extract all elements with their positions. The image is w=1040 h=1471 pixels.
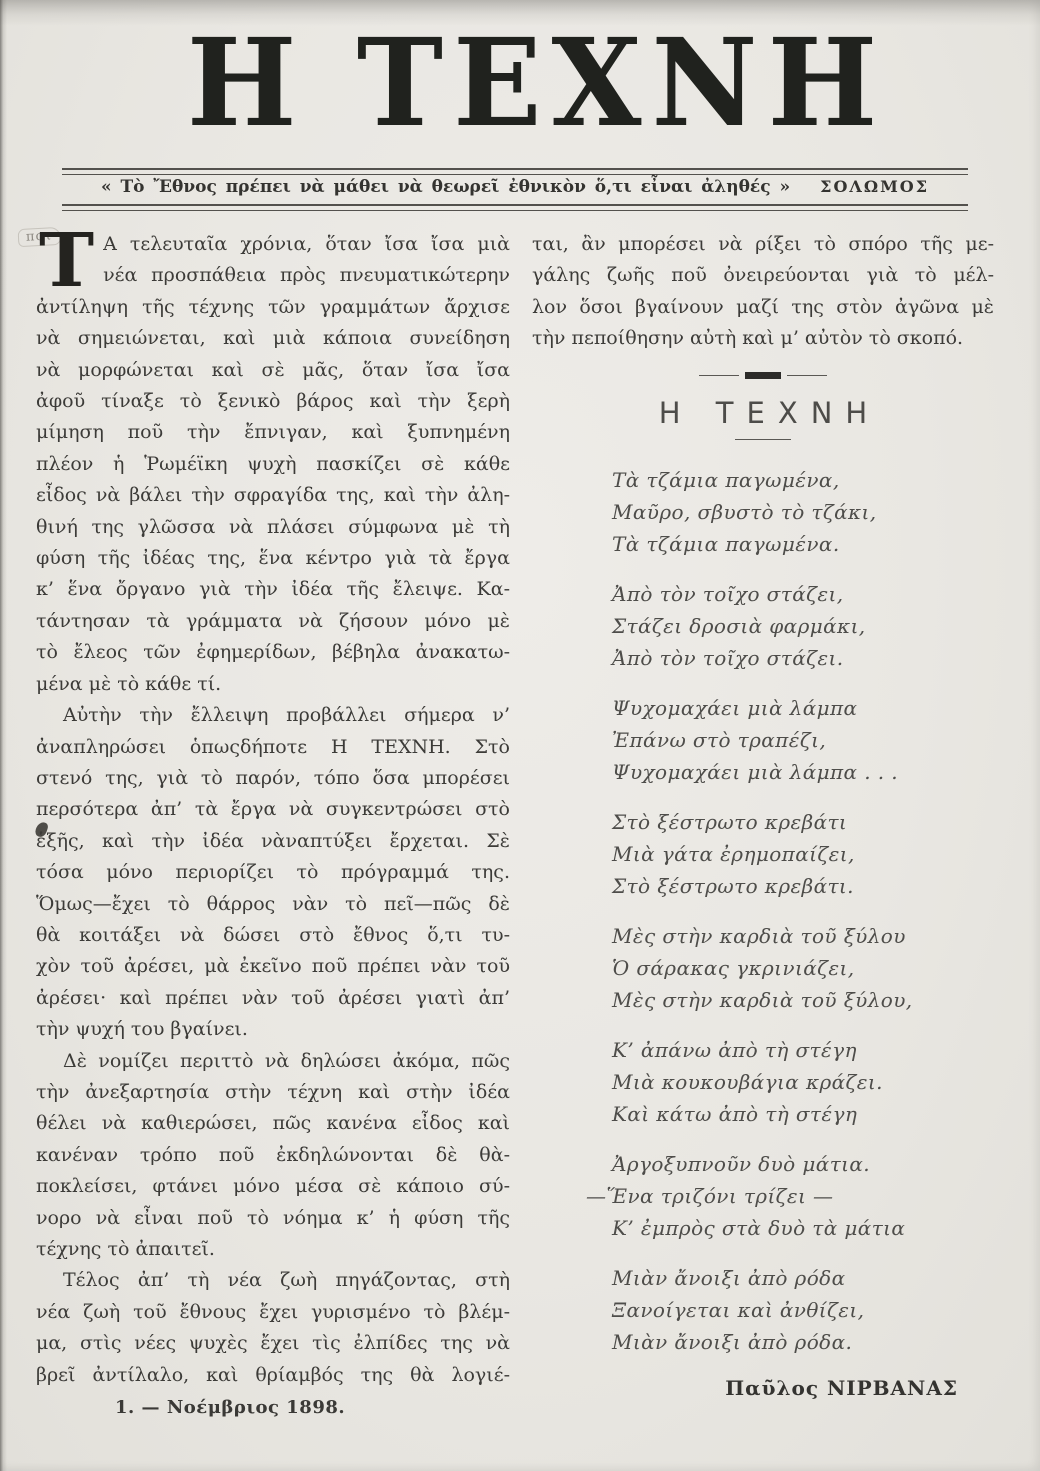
article-line: μίμηση ποῦ τὴν ἔπνιγαν, καὶ ξυπνημένη bbox=[36, 417, 510, 448]
poem-line: Στάζει δροσιὰ φαρμάκι, bbox=[612, 610, 994, 642]
article-line: τὸ ἔλεος τῶν ἐφημερίδων, βέβηλα ἀνακατω- bbox=[36, 637, 510, 668]
poem-line: Καὶ κάτω ἀπὸ τὴ στέγη bbox=[612, 1098, 994, 1130]
article-line: λον ὅσοι βγαίνουν μαζί της στὸν ἀγῶνα μὲ bbox=[532, 292, 994, 323]
article-line: χὸν τοῦ ἀρέσει, μὰ ἐκεῖνο ποῦ πρέπει νὰν… bbox=[36, 951, 510, 982]
motto-row: « Τὸ Ἔθνος πρέπει νὰ μάθει νὰ θεωρεῖ ἐθν… bbox=[62, 175, 968, 199]
poem-stanza: Ἀργοξυπνοῦν δυὸ μάτια. —Ἕνα τριζόνι τρίζ… bbox=[612, 1148, 994, 1244]
article-line: ποκλείσει, φτάνει μόνο μέσα σὲ κάποιο σύ… bbox=[36, 1171, 510, 1202]
poem-line: Μιὰν ἄνοιξι ἀπὸ ρόδα bbox=[612, 1262, 994, 1294]
magazine-page: Η ΤΕΧΝΗ « Τὸ Ἔθνος πρέπει νὰ μάθει νὰ θε… bbox=[0, 0, 1040, 1471]
poem-line: Μὲς στὴν καρδιὰ τοῦ ξύλου, bbox=[612, 984, 994, 1016]
divider-dash bbox=[745, 372, 781, 379]
poem-stanza: Μιὰν ἄνοιξι ἀπὸ ρόδα Ξανοίγεται καὶ ἀνθί… bbox=[612, 1262, 994, 1358]
article-line: Ὅμως—ἔχει τὸ θάρρος νὰν τὸ πεῖ—πῶς δὲ bbox=[36, 889, 510, 920]
article-line: φύση τῆς ἰδέας της, ἕνα κέντρο γιὰ τὰ ἔρ… bbox=[36, 543, 510, 574]
divider-line bbox=[699, 375, 739, 376]
article-line: στενό της, γιὰ τὸ παρόν, τόπο ὅσα μπορέσ… bbox=[36, 763, 510, 794]
motto-author: ΣΟΛΩΜΟΣ bbox=[820, 177, 929, 196]
poem-stanza: Στὸ ξέστρωτο κρεβάτι Μιὰ γάτα ἐρημοπαίζε… bbox=[612, 806, 994, 902]
poem-line: Τὰ τζάμια παγωμένα, bbox=[612, 464, 994, 496]
article-paragraph: Αὐτὴν τὴν ἔλλειψη προβάλλει σήμερα ν’ ἀν… bbox=[36, 700, 510, 1045]
poem-stanza: Κ’ ἀπάνω ἀπὸ τὴ στέγη Μιὰ κουκουβάγια κρ… bbox=[612, 1034, 994, 1130]
article-line: ἀντίληψη τῆς τέχνης τῶν γραμμάτων ἄρχισε bbox=[36, 292, 510, 323]
article-line: νὰ μορφώνεται καὶ σὲ μᾶς, ὅταν ἴσα ἴσα bbox=[36, 355, 510, 386]
article-line: εἶδος νὰ βάλει τὴν σφραγίδα της, καὶ τὴν… bbox=[36, 480, 510, 511]
article-line: νορο νὰ εἶναι ποῦ τὸ νόημα κ’ ἡ φύση τῆς bbox=[36, 1203, 510, 1234]
poem-line: Μιὰ κουκουβάγια κράζει. bbox=[612, 1066, 994, 1098]
article-line: θινή της γλῶσσα νὰ πλάσει σύμφωνα μὲ τὴ bbox=[36, 512, 510, 543]
article-line: τόσα μόνο περιορίζει τὸ πρόγραμμά της. bbox=[36, 857, 510, 888]
article-paragraph: Τ Α τελευταῖα χρόνια, ὅταν ἴσα ἴσα μιὰ ν… bbox=[36, 229, 510, 700]
divider-line bbox=[787, 375, 827, 376]
article-line: Α τελευταῖα χρόνια, ὅταν ἴσα ἴσα μιὰ bbox=[36, 229, 510, 260]
poem-line: —Ἕνα τριζόνι τρίζει — bbox=[586, 1180, 994, 1212]
article-line: τὴν ἀνεξαρτησία στὴν τέχνη καὶ στὴν ἰδέα bbox=[36, 1077, 510, 1108]
poem-line: Μαῦρο, σβυστὸ τὸ τζάκι, bbox=[612, 496, 994, 528]
poem-line: Κ’ ἐμπρὸς στὰ δυὸ τὰ μάτια bbox=[612, 1212, 994, 1244]
article-paragraph: Δὲ νομίζει περιττὸ νὰ δηλώσει ἀκόμα, πῶς… bbox=[36, 1046, 510, 1266]
article-line: κανέναν τρόπο ποῦ ἐκδηλώνονται δὲ θὰ- bbox=[36, 1140, 510, 1171]
issue-date-footer: 1. — Νοέμβριος 1898. bbox=[115, 1397, 345, 1418]
article-line: Τέλος ἀπ’ τὴ νέα ζωὴ πηγάζοντας, στὴ bbox=[36, 1265, 510, 1296]
article-line: ἀφοῦ τίναξε τὸ ξενικὸ βάρος καὶ τὴν ξερὴ bbox=[36, 386, 510, 417]
poem-line: Μιὰν ἄνοιξι ἀπὸ ρόδα. bbox=[612, 1326, 994, 1358]
article-line: τὴν ψυχή του βγαίνει. bbox=[36, 1014, 510, 1045]
double-rule-top bbox=[62, 168, 968, 175]
double-rule-bottom bbox=[62, 204, 968, 211]
article-line: θέλει νὰ καθιερώσει, πῶς κανένα εἶδος κα… bbox=[36, 1108, 510, 1139]
article-line: νὰ σημειώνεται, καὶ μιὰ κάποια συνείδηση bbox=[36, 323, 510, 354]
poem-line: Στὸ ξέστρωτο κρεβάτι. bbox=[612, 870, 994, 902]
article-line: βρεῖ ἀντίλαλο, καὶ θρίαμβός της θὰ λογιέ… bbox=[36, 1360, 510, 1391]
masthead-title: Η ΤΕΧΝΗ bbox=[0, 18, 1040, 151]
article-column-left: Τ Α τελευταῖα χρόνια, ὅταν ἴσα ἴσα μιὰ ν… bbox=[36, 229, 510, 1400]
article-line: ἑξῆς, καὶ τὴν ἰδέα νὰναπτύξει ἔρχεται. Σ… bbox=[36, 826, 510, 857]
article-line: ἀρέσει· καὶ πρέπει νὰν τοῦ ἀρέσει γιατὶ … bbox=[36, 983, 510, 1014]
poem-section-title: Η ΤΕΧΝΗ bbox=[532, 396, 994, 430]
article-line: μα, στὶς νέες ψυχὲς ἔχει τὶς ἐλπίδες της… bbox=[36, 1328, 510, 1359]
poem-line: Στὸ ξέστρωτο κρεβάτι bbox=[612, 806, 994, 838]
article-line: πλέον ἡ Ῥωμέϊκη ψυχὴ πασκίζει σὲ κάθε bbox=[36, 449, 510, 480]
article-line: νέα ζωὴ τοῦ ἔθνους ἔχει γυρισμένο τὸ βλέ… bbox=[36, 1297, 510, 1328]
poem-line: Ἀπὸ τὸν τοῖχο στάζει. bbox=[612, 642, 994, 674]
article-column-right: ται, ἂν μπορέσει νὰ ρίξει τὸ σπόρο τῆς μ… bbox=[532, 229, 994, 1400]
poem-line: Ψυχομαχάει μιὰ λάμπα . . . bbox=[612, 756, 994, 788]
poem-stanza: Μὲς στὴν καρδιὰ τοῦ ξύλου Ὁ σάρακας γκρι… bbox=[612, 920, 994, 1016]
poem-line: Μιὰ γάτα ἐρημοπαίζει, bbox=[612, 838, 994, 870]
poem-line: Μὲς στὴν καρδιὰ τοῦ ξύλου bbox=[612, 920, 994, 952]
poem-line: Ὁ σάρακας γκρινιάζει, bbox=[612, 952, 994, 984]
section-divider-ornament bbox=[532, 372, 994, 380]
poem: Τὰ τζάμια παγωμένα, Μαῦρο, σβυστὸ τὸ τζά… bbox=[532, 464, 994, 1358]
poem-line: Ξανοίγεται καὶ ἀνθίζει, bbox=[612, 1294, 994, 1326]
motto-text: « Τὸ Ἔθνος πρέπει νὰ μάθει νὰ θεωρεῖ ἐθν… bbox=[101, 177, 790, 197]
article-line: τὴν πεποίθησην αὐτὴ καὶ μ’ αὐτὸν τὸ σκοπ… bbox=[532, 323, 994, 354]
article-line: Δὲ νομίζει περιττὸ νὰ δηλώσει ἀκόμα, πῶς bbox=[36, 1046, 510, 1077]
article-line: κ’ ἕνα ὄργανο γιὰ τὴν ἰδέα τῆς ἔλειψε. Κ… bbox=[36, 574, 510, 605]
poem-line: Ἀργοξυπνοῦν δυὸ μάτια. bbox=[612, 1148, 994, 1180]
poem-line: Κ’ ἀπάνω ἀπὸ τὴ στέγη bbox=[612, 1034, 994, 1066]
article-line: Αὐτὴν τὴν ἔλλειψη προβάλλει σήμερα ν’ bbox=[36, 700, 510, 731]
article-paragraph: Τέλος ἀπ’ τὴ νέα ζωὴ πηγάζοντας, στὴ νέα… bbox=[36, 1265, 510, 1391]
article-line: θὰ κοιτάξει νὰ δώσει στὸ ἔθνος ὅ,τι τυ- bbox=[36, 920, 510, 951]
article-line: ται, ἂν μπορέσει νὰ ρίξει τὸ σπόρο τῆς μ… bbox=[532, 229, 994, 260]
article-columns: Τ Α τελευταῖα χρόνια, ὅταν ἴσα ἴσα μιὰ ν… bbox=[36, 229, 994, 1400]
poem-stanza: Τὰ τζάμια παγωμένα, Μαῦρο, σβυστὸ τὸ τζά… bbox=[612, 464, 994, 560]
article-line: ἀναπληρώσει ὁπωςδήποτε Η ΤΕΧΝΗ. Στὸ bbox=[36, 732, 510, 763]
article-line: νέα προσπάθεια πρὸς πνευματικώτερην bbox=[36, 260, 510, 291]
poem-title-rule bbox=[735, 439, 791, 440]
article-line: τέχνης τὸ ἀπαιτεῖ. bbox=[36, 1234, 510, 1265]
poem-stanza: Ψυχομαχάει μιὰ λάμπα Ἐπάνω στὸ τραπέζι, … bbox=[612, 692, 994, 788]
drop-cap: Τ bbox=[36, 229, 103, 291]
article-line: περσότερα ἀπ’ τὰ ἔργα νὰ συγκεντρώσει στ… bbox=[36, 794, 510, 825]
article-continuation: ται, ἂν μπορέσει νὰ ρίξει τὸ σπόρο τῆς μ… bbox=[532, 229, 994, 355]
scan-left-edge bbox=[0, 0, 7, 1471]
article-line: μένα μὲ τὸ κάθε τί. bbox=[36, 669, 510, 700]
poem-line: Ἐπάνω στὸ τραπέζι, bbox=[612, 724, 994, 756]
article-line: τάντησαν τὰ γράμματα νὰ ζήσουν μόνο μὲ bbox=[36, 606, 510, 637]
article-line: γάλης ζωῆς ποῦ ὀνειρεύονται γιὰ τὸ μέλ- bbox=[532, 260, 994, 291]
poem-line: Τὰ τζάμια παγωμένα. bbox=[612, 528, 994, 560]
poem-author: Παῦλος ΝΙΡΒΑΝΑΣ bbox=[532, 1376, 994, 1400]
poem-line: Ψυχομαχάει μιὰ λάμπα bbox=[612, 692, 994, 724]
poem-stanza: Ἀπὸ τὸν τοῖχο στάζει, Στάζει δροσιὰ φαρμ… bbox=[612, 578, 994, 674]
poem-line: Ἀπὸ τὸν τοῖχο στάζει, bbox=[612, 578, 994, 610]
